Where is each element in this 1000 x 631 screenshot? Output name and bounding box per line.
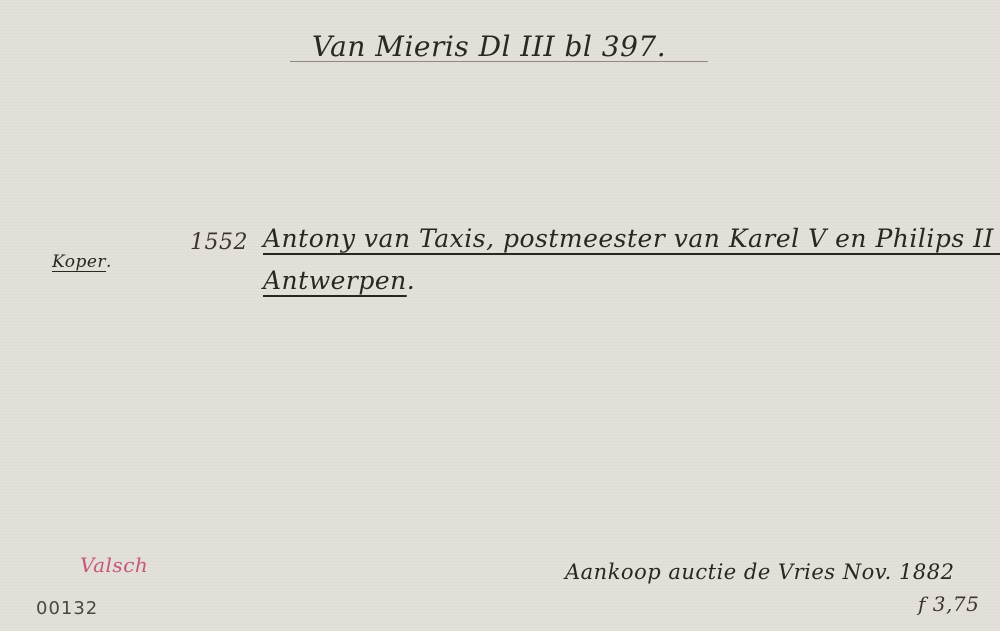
acquisition-note: Aankoop auctie de Vries Nov. 1882	[565, 560, 954, 584]
index-card: Van Mieris Dl III bl 397. Koper . 1552 A…	[0, 0, 1000, 631]
catalog-number: 00132	[36, 598, 98, 619]
acquisition-price: f 3,75	[918, 592, 979, 616]
entry-description-line-1: Antony van Taxis, postmeester van Karel …	[263, 224, 1000, 253]
entry-description-line-2: Antwerpen.	[263, 266, 415, 295]
card-header-reference: Van Mieris Dl III bl 397.	[312, 30, 666, 63]
category-label: Koper	[52, 252, 106, 272]
entry-year: 1552	[190, 230, 248, 255]
category-label-dot: .	[106, 252, 112, 272]
forgery-annotation: Valsch	[80, 553, 148, 577]
entry-place-dot: .	[407, 266, 415, 295]
entry-place: Antwerpen	[263, 266, 407, 295]
